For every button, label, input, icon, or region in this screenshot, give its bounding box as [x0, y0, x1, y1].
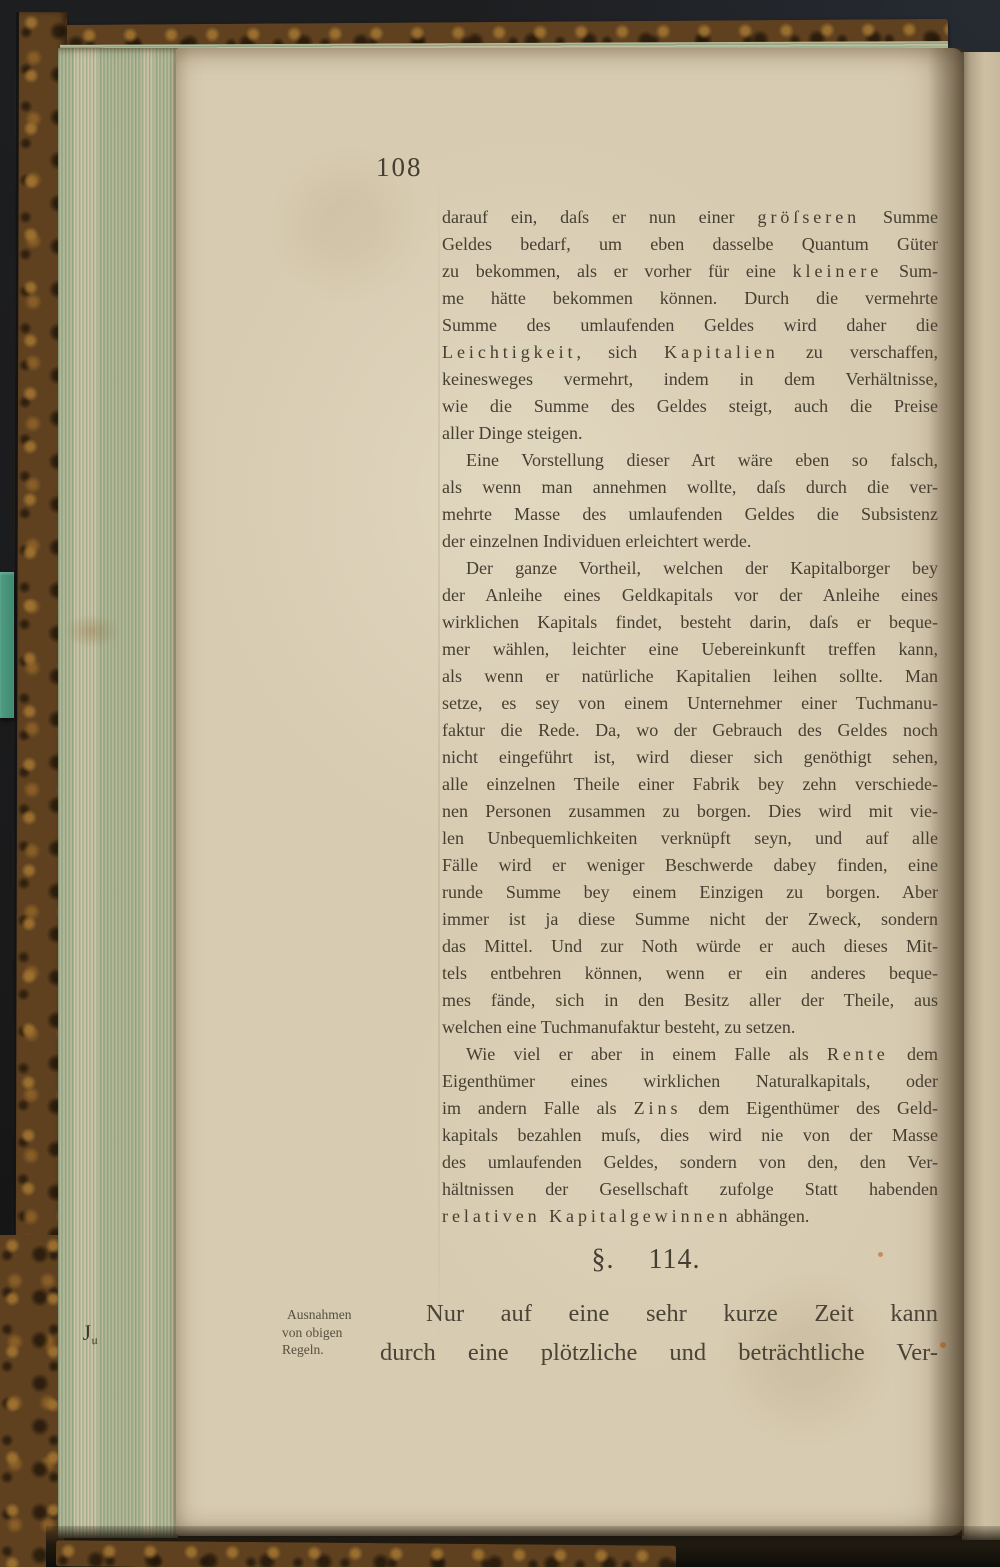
text-line: im andern Falle als Zins dem Eigenthümer… — [442, 1095, 938, 1122]
text-line: welchen eine Tuchmanufaktur besteht, zu … — [442, 1014, 938, 1041]
section-opening-paragraph: Nur auf eine sehr kurze Zeit kanndurch e… — [380, 1294, 938, 1372]
gutter-shadow — [928, 48, 964, 1536]
text-line: Der ganze Vortheil, welchen der Kapitalb… — [442, 555, 938, 582]
text-line: Geldes bedarf, um eben dasselbe Quantum … — [442, 231, 938, 258]
foxing-speck — [878, 1252, 883, 1257]
text-line: des umlaufenden Geldes, sondern von den,… — [442, 1149, 938, 1176]
text-line: von obigen — [282, 1324, 386, 1342]
text-line: alle einzelnen Theile einer Fabrik bey z… — [442, 771, 938, 798]
text-line: mehrte Masse des umlaufenden Geldes die … — [442, 501, 938, 528]
text-line: nen Personen zusammen zu borgen. Dies wi… — [442, 798, 938, 825]
text-line: Leichtigkeit, sich Kapitalien zu verscha… — [442, 339, 938, 366]
text-line: Eine Vorstellung dieser Art wäre eben so… — [442, 447, 938, 474]
text-line: aller Dinge steigen. — [442, 420, 938, 447]
text-line: keinesweges vermehrt, indem in dem Verhä… — [442, 366, 938, 393]
text-line: mes fände, sich in den Besitz aller der … — [442, 987, 938, 1014]
text-line: der Anleihe eines Geldkapitals vor der A… — [442, 582, 938, 609]
margin-note: Ausnahmenvon obigenRegeln. — [282, 1306, 386, 1359]
page-fore-edge — [58, 48, 178, 1538]
text-line: setze, es sey von einem Unternehmer eine… — [442, 690, 938, 717]
text-line: kapitals bezahlen muſs, dies wird nie vo… — [442, 1122, 938, 1149]
photo-background: 108 darauf ein, daſs er nun einer gröſse… — [0, 0, 1000, 1567]
text-line: Fälle wird er weniger Beschwerde dabey f… — [442, 852, 938, 879]
text-line: darauf ein, daſs er nun einer gröſseren … — [442, 204, 938, 231]
bookmark-tab — [0, 572, 14, 718]
text-line: Regeln. — [282, 1341, 386, 1359]
text-line: zu bekommen, als er vorher für eine klei… — [442, 258, 938, 285]
text-line: len Unbequemlichkeiten verknüpft seyn, u… — [442, 825, 938, 852]
book-cover-corner — [0, 1235, 64, 1567]
text-line: wirklichen Kapitals findet, besteht dari… — [442, 609, 938, 636]
text-line: das Mittel. Und zur Noth würde er auch d… — [442, 933, 938, 960]
text-line: nicht eingeführt ist, wird dieser sich g… — [442, 744, 938, 771]
text-line: Wie viel er aber in einem Falle als Rent… — [442, 1041, 938, 1068]
text-line: tels entbehren können, wenn er ein ander… — [442, 960, 938, 987]
text-line: als wenn man annehmen wollte, daſs durch… — [442, 474, 938, 501]
text-line: als wenn er natürliche Kapitalien leihen… — [442, 663, 938, 690]
text-line: me hätte bekommen können. Durch die verm… — [442, 285, 938, 312]
text-line: Summe des umlaufenden Geldes wird daher … — [442, 312, 938, 339]
text-line: hältnissen der Gesellschaft zufolge Stat… — [442, 1176, 938, 1203]
fore-edge-stain — [64, 614, 120, 648]
text-line: der einzelnen Individuen erleichtert wer… — [442, 528, 938, 555]
text-line: Eigenthümer eines wirklichen Naturalkapi… — [442, 1068, 938, 1095]
text-line: runde Summe bey einem Einzigen zu borgen… — [442, 879, 938, 906]
page-number: 108 — [376, 152, 423, 183]
paper-crease — [438, 168, 440, 1348]
text-line: Nur auf eine sehr kurze Zeit kann — [380, 1294, 938, 1333]
body-text: darauf ein, daſs er nun einer gröſseren … — [442, 204, 938, 1230]
text-line: relativen Kapitalgewinnen abhängen. — [442, 1203, 938, 1230]
text-line: mer wählen, leichter eine Uebereinkunft … — [442, 636, 938, 663]
facing-page — [962, 52, 1000, 1540]
text-line: wie die Summe des Geldes steigt, auch di… — [442, 393, 938, 420]
book-cover-bottom-edge — [56, 1540, 676, 1567]
text-line: durch eine plötzliche und beträchtliche … — [380, 1333, 938, 1372]
book-page: 108 darauf ein, daſs er nun einer gröſse… — [176, 48, 964, 1536]
section-heading: §. 114. — [476, 1244, 816, 1276]
text-line: immer ist ja diese Summe nicht der Zweck… — [442, 906, 938, 933]
text-line: Ausnahmen — [282, 1306, 386, 1324]
text-line: faktur die Rede. Da, wo der Gebrauch des… — [442, 717, 938, 744]
